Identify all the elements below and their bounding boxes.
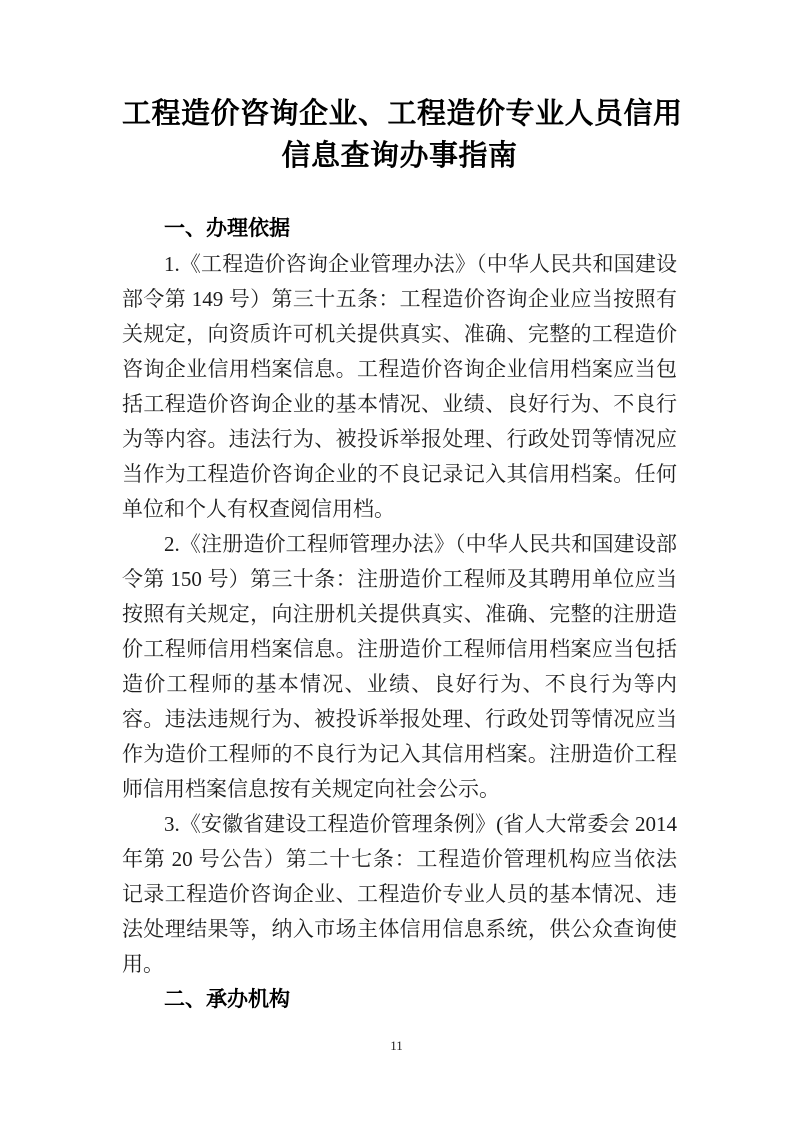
page-number: 11 xyxy=(0,1038,793,1054)
document-page: 工程造价咨询企业、工程造价专业人员信用 信息查询办事指南 一、办理依据 1.《工… xyxy=(0,0,793,1122)
document-title-line-2: 信息查询办事指南 xyxy=(122,135,677,177)
section-heading-agency: 二、承办机构 xyxy=(122,982,677,1018)
section-heading-basis: 一、办理依据 xyxy=(122,211,677,247)
document-title: 工程造价咨询企业、工程造价专业人员信用 信息查询办事指南 xyxy=(122,93,677,177)
legal-basis-paragraph-3: 3.《安徽省建设工程造价管理条例》(省人大常委会 2014 年第 20 号公告）… xyxy=(122,807,677,982)
legal-basis-paragraph-1: 1.《工程造价咨询企业管理办法》（中华人民共和国建设部令第 149 号）第三十五… xyxy=(122,247,677,527)
document-content: 工程造价咨询企业、工程造价专业人员信用 信息查询办事指南 一、办理依据 1.《工… xyxy=(122,0,677,1018)
legal-basis-paragraph-2: 2.《注册造价工程师管理办法》（中华人民共和国建设部令第 150 号）第三十条：… xyxy=(122,527,677,807)
document-title-line-1: 工程造价咨询企业、工程造价专业人员信用 xyxy=(122,93,677,135)
